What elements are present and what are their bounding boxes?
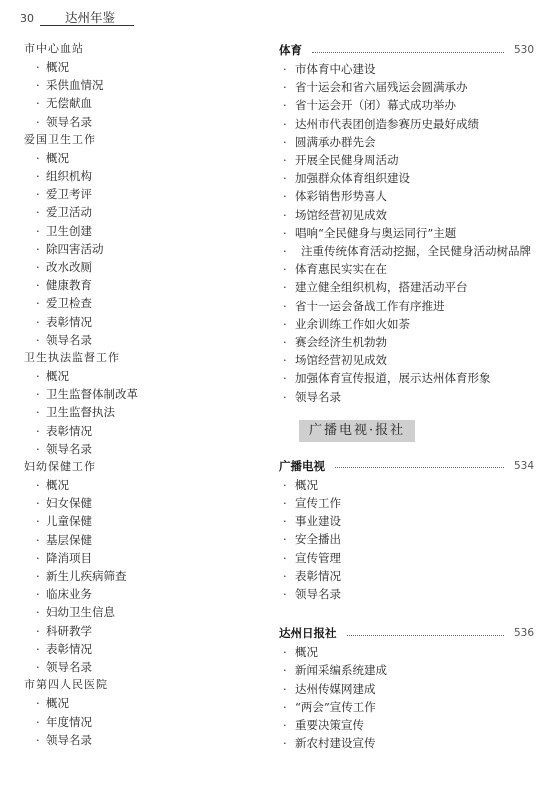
category-banner: 广播电视·报社 [299, 420, 415, 442]
toc-item[interactable]: ·领导名录 [24, 113, 274, 131]
toc-item[interactable]: ·爱卫活动 [24, 203, 274, 221]
bullet-icon: · [36, 567, 46, 585]
toc-item-label: 儿童保健 [46, 514, 92, 528]
section-heading[interactable]: 爱国卫生工作 [24, 131, 274, 149]
toc-item-label: 宣传管理 [295, 551, 341, 565]
toc-heading-title: 达州日报社 [279, 624, 337, 642]
toc-item-label: 爱卫检查 [46, 296, 92, 310]
bullet-icon: · [36, 94, 46, 112]
toc-item[interactable]: ·领导名录 [279, 585, 544, 603]
bullet-icon: · [283, 494, 293, 512]
page-number: 30 [20, 12, 34, 26]
toc-item[interactable]: ·降消项目 [24, 549, 274, 567]
bullet-icon: · [283, 476, 293, 494]
toc-item[interactable]: ·卫生创建 [24, 222, 274, 240]
toc-item-label: 新闻采编系统建成 [295, 663, 387, 677]
toc-item-label: 基层保健 [46, 533, 92, 547]
toc-item[interactable]: ·领导名录 [24, 440, 274, 458]
toc-item[interactable]: ·概况 [24, 476, 274, 494]
toc-item-label: 组织机构 [46, 169, 92, 183]
toc-item-label: “两会”宣传工作 [295, 700, 376, 714]
toc-item[interactable]: ·概况 [24, 58, 274, 76]
bullet-icon: · [36, 622, 46, 640]
toc-item-label: 概况 [46, 369, 69, 383]
toc-item-label: 建立健全组织机构，搭建活动平台 [295, 280, 468, 294]
bullet-icon: · [283, 716, 293, 734]
toc-item[interactable]: ·市体育中心建设 [279, 60, 544, 78]
toc-item-label: 事业建设 [295, 514, 341, 528]
section-heading[interactable]: 妇幼保健工作 [24, 458, 274, 476]
toc-item[interactable]: ·场馆经营初见成效 [279, 206, 544, 224]
toc-item-label: 改水改厕 [46, 260, 92, 274]
bullet-icon: · [36, 585, 46, 603]
bullet-icon: · [283, 133, 293, 151]
toc-item[interactable]: ·表彰情况 [24, 640, 274, 658]
toc-item-label: 临床业务 [46, 587, 92, 601]
bullet-icon: · [36, 240, 46, 258]
toc-item[interactable]: ·领导名录 [279, 388, 544, 406]
toc-item[interactable]: ·概况 [24, 694, 274, 712]
toc-item[interactable]: ·妇幼卫生信息 [24, 603, 274, 621]
toc-item[interactable]: ·“两会”宣传工作 [279, 698, 544, 716]
toc-item[interactable]: ·表彰情况 [24, 422, 274, 440]
toc-item[interactable]: ·事业建设 [279, 512, 544, 530]
toc-item[interactable]: ·场馆经营初见成效 [279, 351, 544, 369]
toc-item-label: 领导名录 [295, 390, 341, 404]
toc-item[interactable]: ·基层保健 [24, 531, 274, 549]
toc-item-label: 降消项目 [46, 551, 92, 565]
toc-item-label: 爱卫活动 [46, 205, 92, 219]
bullet-icon: · [36, 76, 46, 94]
toc-item-label: 领导名录 [46, 733, 92, 747]
toc-item[interactable]: ·新生儿疾病筛查 [24, 567, 274, 585]
toc-item[interactable]: ·体育惠民实实在在 [279, 260, 544, 278]
bullet-icon: · [36, 403, 46, 421]
bullet-icon: · [36, 494, 46, 512]
toc-item-label: 省十运会开（闭）幕式成功举办 [295, 98, 456, 112]
bullet-icon: · [36, 149, 46, 167]
toc-item[interactable]: ·业余训练工作如火如荼 [279, 315, 544, 333]
right-column: 体育 530 ·市体育中心建设·省十运会和省六届残运会圆满承办·省十运会开（闭）… [279, 40, 544, 753]
bullet-icon: · [283, 698, 293, 716]
toc-item-label: 省十一运会备战工作有序推进 [295, 299, 445, 313]
bullet-icon: · [283, 734, 293, 752]
toc-item-label: 开展全民健身周活动 [295, 153, 399, 167]
toc-item[interactable]: ·建立健全组织机构，搭建活动平台 [279, 278, 544, 296]
toc-page-number: 534 [514, 457, 544, 475]
bullet-icon: · [36, 694, 46, 712]
toc-item[interactable]: ·除四害活动 [24, 240, 274, 258]
bullet-icon: · [36, 476, 46, 494]
bullet-icon: · [36, 367, 46, 385]
toc-page-number: 530 [514, 41, 544, 59]
toc-heading-title: 体育 [279, 41, 302, 59]
bullet-icon: · [283, 388, 293, 406]
bullet-icon: · [283, 151, 293, 169]
bullet-icon: · [36, 258, 46, 276]
bullet-icon: · [283, 278, 293, 296]
toc-item[interactable]: ·加强群众体育组织建设 [279, 169, 544, 187]
bullet-icon: · [283, 512, 293, 530]
toc-item[interactable]: ·采供血情况 [24, 76, 274, 94]
toc-item-label: 概况 [46, 60, 69, 74]
toc-item-label: 科研教学 [46, 624, 92, 638]
bullet-icon: · [283, 206, 293, 224]
bullet-icon: · [36, 512, 46, 530]
toc-item-label: 圆满承办群先会 [295, 135, 376, 149]
bullet-icon: · [283, 333, 293, 351]
toc-item[interactable]: ·达州传媒网建成 [279, 680, 544, 698]
bullet-icon: · [283, 351, 293, 369]
toc-item-label: 宣传工作 [295, 496, 341, 510]
newspaper-item-list: ·概况·新闻采编系统建成·达州传媒网建成·“两会”宣传工作·重要决策宣传·新农村… [279, 643, 544, 752]
toc-item[interactable]: ·爱卫考评 [24, 185, 274, 203]
toc-item-label: 表彰情况 [46, 642, 92, 656]
bullet-icon: · [36, 331, 46, 349]
bullet-icon: · [283, 169, 293, 187]
toc-item[interactable]: ·表彰情况 [24, 313, 274, 331]
toc-item-label: 赛会经济生机勃勃 [295, 335, 387, 349]
bullet-icon: · [36, 713, 46, 731]
toc-item-label: 业余训练工作如火如荼 [295, 317, 410, 331]
bullet-icon: · [36, 731, 46, 749]
dot-leader [335, 467, 504, 468]
toc-item-label: 妇女保健 [46, 496, 92, 510]
dot-leader [312, 52, 504, 53]
toc-item[interactable]: ·圆满承办群先会 [279, 133, 544, 151]
toc-item[interactable]: ·概况 [24, 367, 274, 385]
toc-item[interactable]: ·开展全民健身周活动 [279, 151, 544, 169]
toc-item-label: 领导名录 [295, 587, 341, 601]
bullet-icon: · [36, 313, 46, 331]
toc-item[interactable]: ·年度情况 [24, 713, 274, 731]
toc-item-label: 省十运会和省六届残运会圆满承办 [295, 80, 468, 94]
toc-item-label: 概况 [46, 151, 69, 165]
bullet-icon: · [283, 242, 293, 260]
toc-item[interactable]: ·新农村建设宣传 [279, 734, 544, 752]
toc-item-label: 领导名录 [46, 442, 92, 456]
section-heading[interactable]: 市中心血站 [24, 40, 274, 58]
bullet-icon: · [36, 549, 46, 567]
bullet-icon: · [36, 167, 46, 185]
toc-item[interactable]: ·唱响“全民健身与奥运同行”主题 [279, 224, 544, 242]
toc-item[interactable]: ·卫生监督执法 [24, 403, 274, 421]
bullet-icon: · [36, 385, 46, 403]
toc-item[interactable]: ·卫生监督体制改革 [24, 385, 274, 403]
bullet-icon: · [36, 603, 46, 621]
toc-item-label: 体育惠民实实在在 [295, 262, 387, 276]
toc-item-label: 表彰情况 [46, 315, 92, 329]
toc-item-label: 妇幼卫生信息 [46, 605, 115, 619]
toc-item[interactable]: ·加强体育宣传报道，展示达州体育形象 [279, 369, 544, 387]
bullet-icon: · [36, 222, 46, 240]
bullet-icon: · [283, 260, 293, 278]
bullet-icon: · [36, 640, 46, 658]
toc-item-label: 领导名录 [46, 115, 92, 129]
bullet-icon: · [36, 422, 46, 440]
dot-leader [347, 635, 505, 636]
bullet-icon: · [36, 113, 46, 131]
toc-item[interactable]: ·省十一运会备战工作有序推进 [279, 297, 544, 315]
bullet-icon: · [283, 549, 293, 567]
bullet-icon: · [36, 658, 46, 676]
toc-heading-broadcast[interactable]: 广播电视 534 [279, 456, 544, 476]
toc-item[interactable]: ·爱卫检查 [24, 294, 274, 312]
left-column: 市中心血站·概况·采供血情况·无偿献血·领导名录爱国卫生工作·概况·组织机构·爱… [24, 40, 274, 749]
bullet-icon: · [283, 369, 293, 387]
toc-item-label: 场馆经营初见成效 [295, 353, 387, 367]
toc-item-label: 卫生监督体制改革 [46, 387, 138, 401]
bullet-icon: · [36, 203, 46, 221]
toc-item[interactable]: ·无偿献血 [24, 94, 274, 112]
bullet-icon: · [283, 585, 293, 603]
page-header: 30 达州年鉴 [20, 10, 134, 26]
bullet-icon: · [283, 567, 293, 585]
toc-item[interactable]: ·概况 [279, 643, 544, 661]
toc-item[interactable]: ·宣传管理 [279, 549, 544, 567]
toc-item-label: 健康教育 [46, 278, 92, 292]
toc-item-label: 卫生创建 [46, 224, 92, 238]
bullet-icon: · [283, 187, 293, 205]
toc-item[interactable]: ·概况 [279, 476, 544, 494]
bullet-icon: · [283, 661, 293, 679]
toc-item-label: 概况 [295, 478, 318, 492]
toc-item[interactable]: ·领导名录 [24, 658, 274, 676]
toc-item-label: 概况 [46, 696, 69, 710]
toc-page-number: 536 [514, 624, 544, 642]
toc-item-label: 卫生监督执法 [46, 405, 115, 419]
bullet-icon: · [36, 185, 46, 203]
toc-item-label: 采供血情况 [46, 78, 104, 92]
bullet-icon: · [283, 115, 293, 133]
toc-item[interactable]: ·宣传工作 [279, 494, 544, 512]
bullet-icon: · [283, 315, 293, 333]
toc-item-label: 表彰情况 [46, 424, 92, 438]
toc-item-label: 加强群众体育组织建设 [295, 171, 410, 185]
section-heading[interactable]: 卫生执法监督工作 [24, 349, 274, 367]
book-title: 达州年鉴 [40, 10, 134, 26]
toc-item[interactable]: ·组织机构 [24, 167, 274, 185]
toc-item-label: 除四害活动 [46, 242, 104, 256]
bullet-icon: · [283, 530, 293, 548]
toc-heading-sports[interactable]: 体育 530 [279, 40, 544, 60]
toc-item[interactable]: ·改水改厕 [24, 258, 274, 276]
bullet-icon: · [36, 440, 46, 458]
section-heading[interactable]: 市第四人民医院 [24, 676, 274, 694]
toc-item-label: 达州市代表团创造参赛历史最好成绩 [295, 117, 479, 131]
sports-item-list: ·市体育中心建设·省十运会和省六届残运会圆满承办·省十运会开（闭）幕式成功举办·… [279, 60, 544, 406]
toc-item-label: 概况 [295, 645, 318, 659]
toc-item[interactable]: ·表彰情况 [279, 567, 544, 585]
toc-heading-title: 广播电视 [279, 457, 325, 475]
toc-item[interactable]: ·新闻采编系统建成 [279, 661, 544, 679]
toc-item[interactable]: ·概况 [24, 149, 274, 167]
bullet-icon: · [283, 60, 293, 78]
toc-heading-newspaper[interactable]: 达州日报社 536 [279, 623, 544, 643]
toc-item[interactable]: ·重要决策宣传 [279, 716, 544, 734]
toc-item[interactable]: ·体彩销售形势喜人 [279, 187, 544, 205]
toc-item[interactable]: ·省十运会和省六届残运会圆满承办 [279, 78, 544, 96]
toc-item[interactable]: ·妇女保健 [24, 494, 274, 512]
bullet-icon: · [283, 643, 293, 661]
toc-item-label: 加强体育宣传报道，展示达州体育形象 [295, 371, 491, 385]
toc-item[interactable]: ·临床业务 [24, 585, 274, 603]
toc-item-label: 无偿献血 [46, 96, 92, 110]
toc-item-label: 体彩销售形势喜人 [295, 189, 387, 203]
toc-item[interactable]: ·注重传统体育活动挖掘，全民健身活动树品牌 [279, 242, 544, 260]
toc-item[interactable]: ·健康教育 [24, 276, 274, 294]
bullet-icon: · [36, 276, 46, 294]
toc-item-label: 领导名录 [46, 660, 92, 674]
bullet-icon: · [36, 58, 46, 76]
toc-item[interactable]: ·科研教学 [24, 622, 274, 640]
bullet-icon: · [283, 96, 293, 114]
bullet-icon: · [36, 294, 46, 312]
toc-item-label: 注重传统体育活动挖掘，全民健身活动树品牌 [301, 242, 541, 260]
toc-item[interactable]: ·领导名录 [24, 731, 274, 749]
toc-item[interactable]: ·安全播出 [279, 530, 544, 548]
toc-item-label: 概况 [46, 478, 69, 492]
broadcast-item-list: ·概况·宣传工作·事业建设·安全播出·宣传管理·表彰情况·领导名录 [279, 476, 544, 603]
toc-item[interactable]: ·省十运会开（闭）幕式成功举办 [279, 96, 544, 114]
toc-item-label: 市体育中心建设 [295, 62, 376, 76]
toc-item[interactable]: ·儿童保健 [24, 512, 274, 530]
toc-item[interactable]: ·赛会经济生机勃勃 [279, 333, 544, 351]
bullet-icon: · [283, 297, 293, 315]
toc-item-label: 新生儿疾病筛查 [46, 569, 127, 583]
toc-item-label: 唱响“全民健身与奥运同行”主题 [295, 226, 456, 240]
toc-item-label: 新农村建设宣传 [295, 736, 376, 750]
toc-item-label: 年度情况 [46, 715, 92, 729]
toc-item-label: 爱卫考评 [46, 187, 92, 201]
toc-item-label: 表彰情况 [295, 569, 341, 583]
bullet-icon: · [283, 78, 293, 96]
toc-item[interactable]: ·领导名录 [24, 331, 274, 349]
toc-item-label: 场馆经营初见成效 [295, 208, 387, 222]
bullet-icon: · [283, 680, 293, 698]
toc-item-label: 领导名录 [46, 333, 92, 347]
toc-item[interactable]: ·达州市代表团创造参赛历史最好成绩 [279, 115, 544, 133]
toc-item-label: 安全播出 [295, 532, 341, 546]
toc-item-label: 重要决策宣传 [295, 718, 364, 732]
bullet-icon: · [36, 531, 46, 549]
bullet-icon: · [283, 224, 293, 242]
toc-item-label: 达州传媒网建成 [295, 682, 376, 696]
